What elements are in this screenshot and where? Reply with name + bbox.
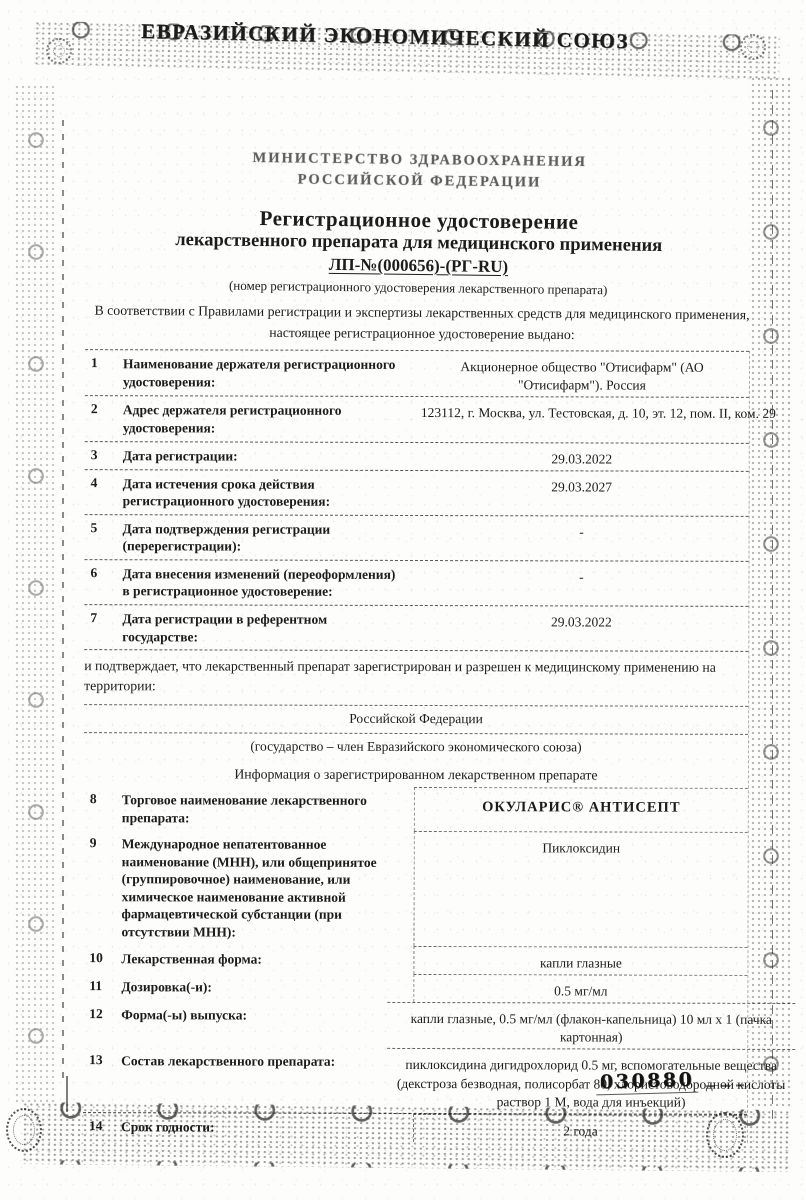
field-label: Срок годности: [121, 1113, 413, 1142]
field-value: - [414, 561, 748, 606]
field-value: 29.03.2022 [414, 606, 748, 651]
table-row: 1 Наименование держателя регистрационног… [85, 349, 749, 397]
field-value: - [414, 516, 748, 561]
union-title: ЕВРАЗИЙСКИЙ ЭКОНОМИЧЕСКИЙ СОЮЗ [0, 16, 770, 57]
field-value: Пиклоксидин [413, 831, 747, 946]
field-value: 0.5 мг/мл [413, 974, 747, 1003]
row-number: 8 [84, 786, 122, 830]
field-value: 29.03.2022 [415, 443, 749, 471]
field-label: Дозировка(-и): [121, 973, 413, 1002]
row-number: 9 [83, 830, 121, 944]
table-row: 2 Адрес держателя регистрационного удост… [85, 396, 749, 443]
territory-name: Российской Федерации [84, 704, 748, 734]
fields-table: 1 Наименование держателя регистрационног… [83, 349, 750, 1143]
field-value: 29.03.2027 [415, 471, 749, 516]
row-number: 10 [83, 945, 121, 973]
table-row: 10 Лекарственная форма: капли глазные [83, 945, 747, 975]
field-label: Международное непатентованное наименован… [121, 830, 413, 945]
row-number: 1 [85, 350, 123, 396]
table-row: 6 Дата внесения изменений (переоформлени… [84, 559, 748, 606]
border-tick [66, 1076, 68, 1112]
field-label: Дата истечения срока действия регистраци… [123, 470, 415, 515]
intro-paragraph: В соответствии с Правилами регистрации и… [80, 301, 764, 347]
field-label: Дата регистрации: [123, 442, 415, 470]
row-number: 6 [84, 560, 122, 604]
document-header: МИНИСТЕРСТВО ЗДРАВООХРАНЕНИЯ РОССИЙСКОЙ … [71, 146, 767, 300]
row-number: 5 [84, 515, 122, 559]
table-row: 9 Международное непатентованное наименов… [83, 830, 747, 946]
field-value: Акционерное общество "Отисифарм" (АО "От… [415, 351, 749, 397]
field-label: Дата внесения изменений (переоформления)… [122, 560, 414, 605]
field-value: 123112, г. Москва, ул. Тестовская, д. 10… [415, 397, 805, 442]
table-row: 8 Торговое наименование лекарственного п… [84, 786, 748, 832]
row-number: 13 [83, 1048, 121, 1113]
field-value: ОКУЛАРИС® АНТИСЕПТ [414, 787, 748, 832]
field-value: пиклоксидина дигидрохлорид 0.5 мг, вспом… [387, 1048, 795, 1114]
registration-number-caption: (номер регистрационного удостоверения ле… [71, 276, 765, 300]
table-row: 3 Дата регистрации: 29.03.2022 [85, 441, 749, 471]
field-value: 2 года [413, 1114, 747, 1143]
info-section-heading: Информация о зарегистрированном лекарств… [84, 760, 748, 788]
confirmation-paragraph: и подтверждает, что лекарственный препар… [84, 649, 748, 706]
field-label: Дата регистрации в референтном государст… [122, 605, 414, 650]
field-label: Дата подтверждения регистрации (перереги… [122, 515, 414, 560]
table-row: 14 Срок годности: 2 года [83, 1112, 747, 1143]
field-label: Форма(-ы) выпуска: [121, 1001, 413, 1048]
row-number: 3 [85, 442, 123, 469]
certificate-page: ЕВРАЗИЙСКИЙ ЭКОНОМИЧЕСКИЙ СОЮЗ МИНИСТЕРС… [0, 0, 806, 1200]
corner-rosette-icon [6, 1108, 42, 1152]
field-label: Лекарственная форма: [121, 945, 413, 974]
ministry-name: МИНИСТЕРСТВО ЗДРАВООХРАНЕНИЯ РОССИЙСКОЙ … [72, 146, 766, 197]
table-row: 5 Дата подтверждения регистрации (перере… [84, 514, 748, 561]
field-label: Адрес держателя регистрационного удостов… [123, 397, 415, 442]
territory-caption: (государство – член Евразийского экономи… [84, 732, 748, 762]
field-label: Состав лекарственного препарата: [121, 1048, 413, 1113]
frame-dotted-line-left [62, 120, 64, 1080]
field-value: капли глазные [413, 945, 747, 974]
row-number: 11 [83, 973, 121, 1001]
field-label: Торговое наименование лекарственного пре… [122, 786, 414, 831]
serial-stamp-number: 030880 [596, 1069, 699, 1096]
field-label: Наименование держателя регистрационного … [123, 350, 415, 396]
table-row: 4 Дата истечения срока действия регистра… [85, 469, 749, 516]
row-number: 14 [83, 1113, 121, 1141]
row-number: 2 [85, 397, 123, 441]
ornamental-border-left [14, 84, 58, 1104]
frame-dotted-line-right [772, 90, 774, 1120]
row-number: 7 [84, 605, 122, 649]
table-row: 12 Форма(-ы) выпуска: капли глазные, 0.5… [83, 1001, 747, 1049]
table-row: 11 Дозировка(-и): 0.5 мг/мл [83, 973, 747, 1003]
row-number: 4 [85, 470, 123, 514]
row-number: 12 [83, 1001, 121, 1048]
field-value: капли глазные, 0.5 мг/мл (флакон-капельн… [387, 1002, 795, 1050]
table-row: 7 Дата регистрации в референтном государ… [84, 604, 748, 651]
